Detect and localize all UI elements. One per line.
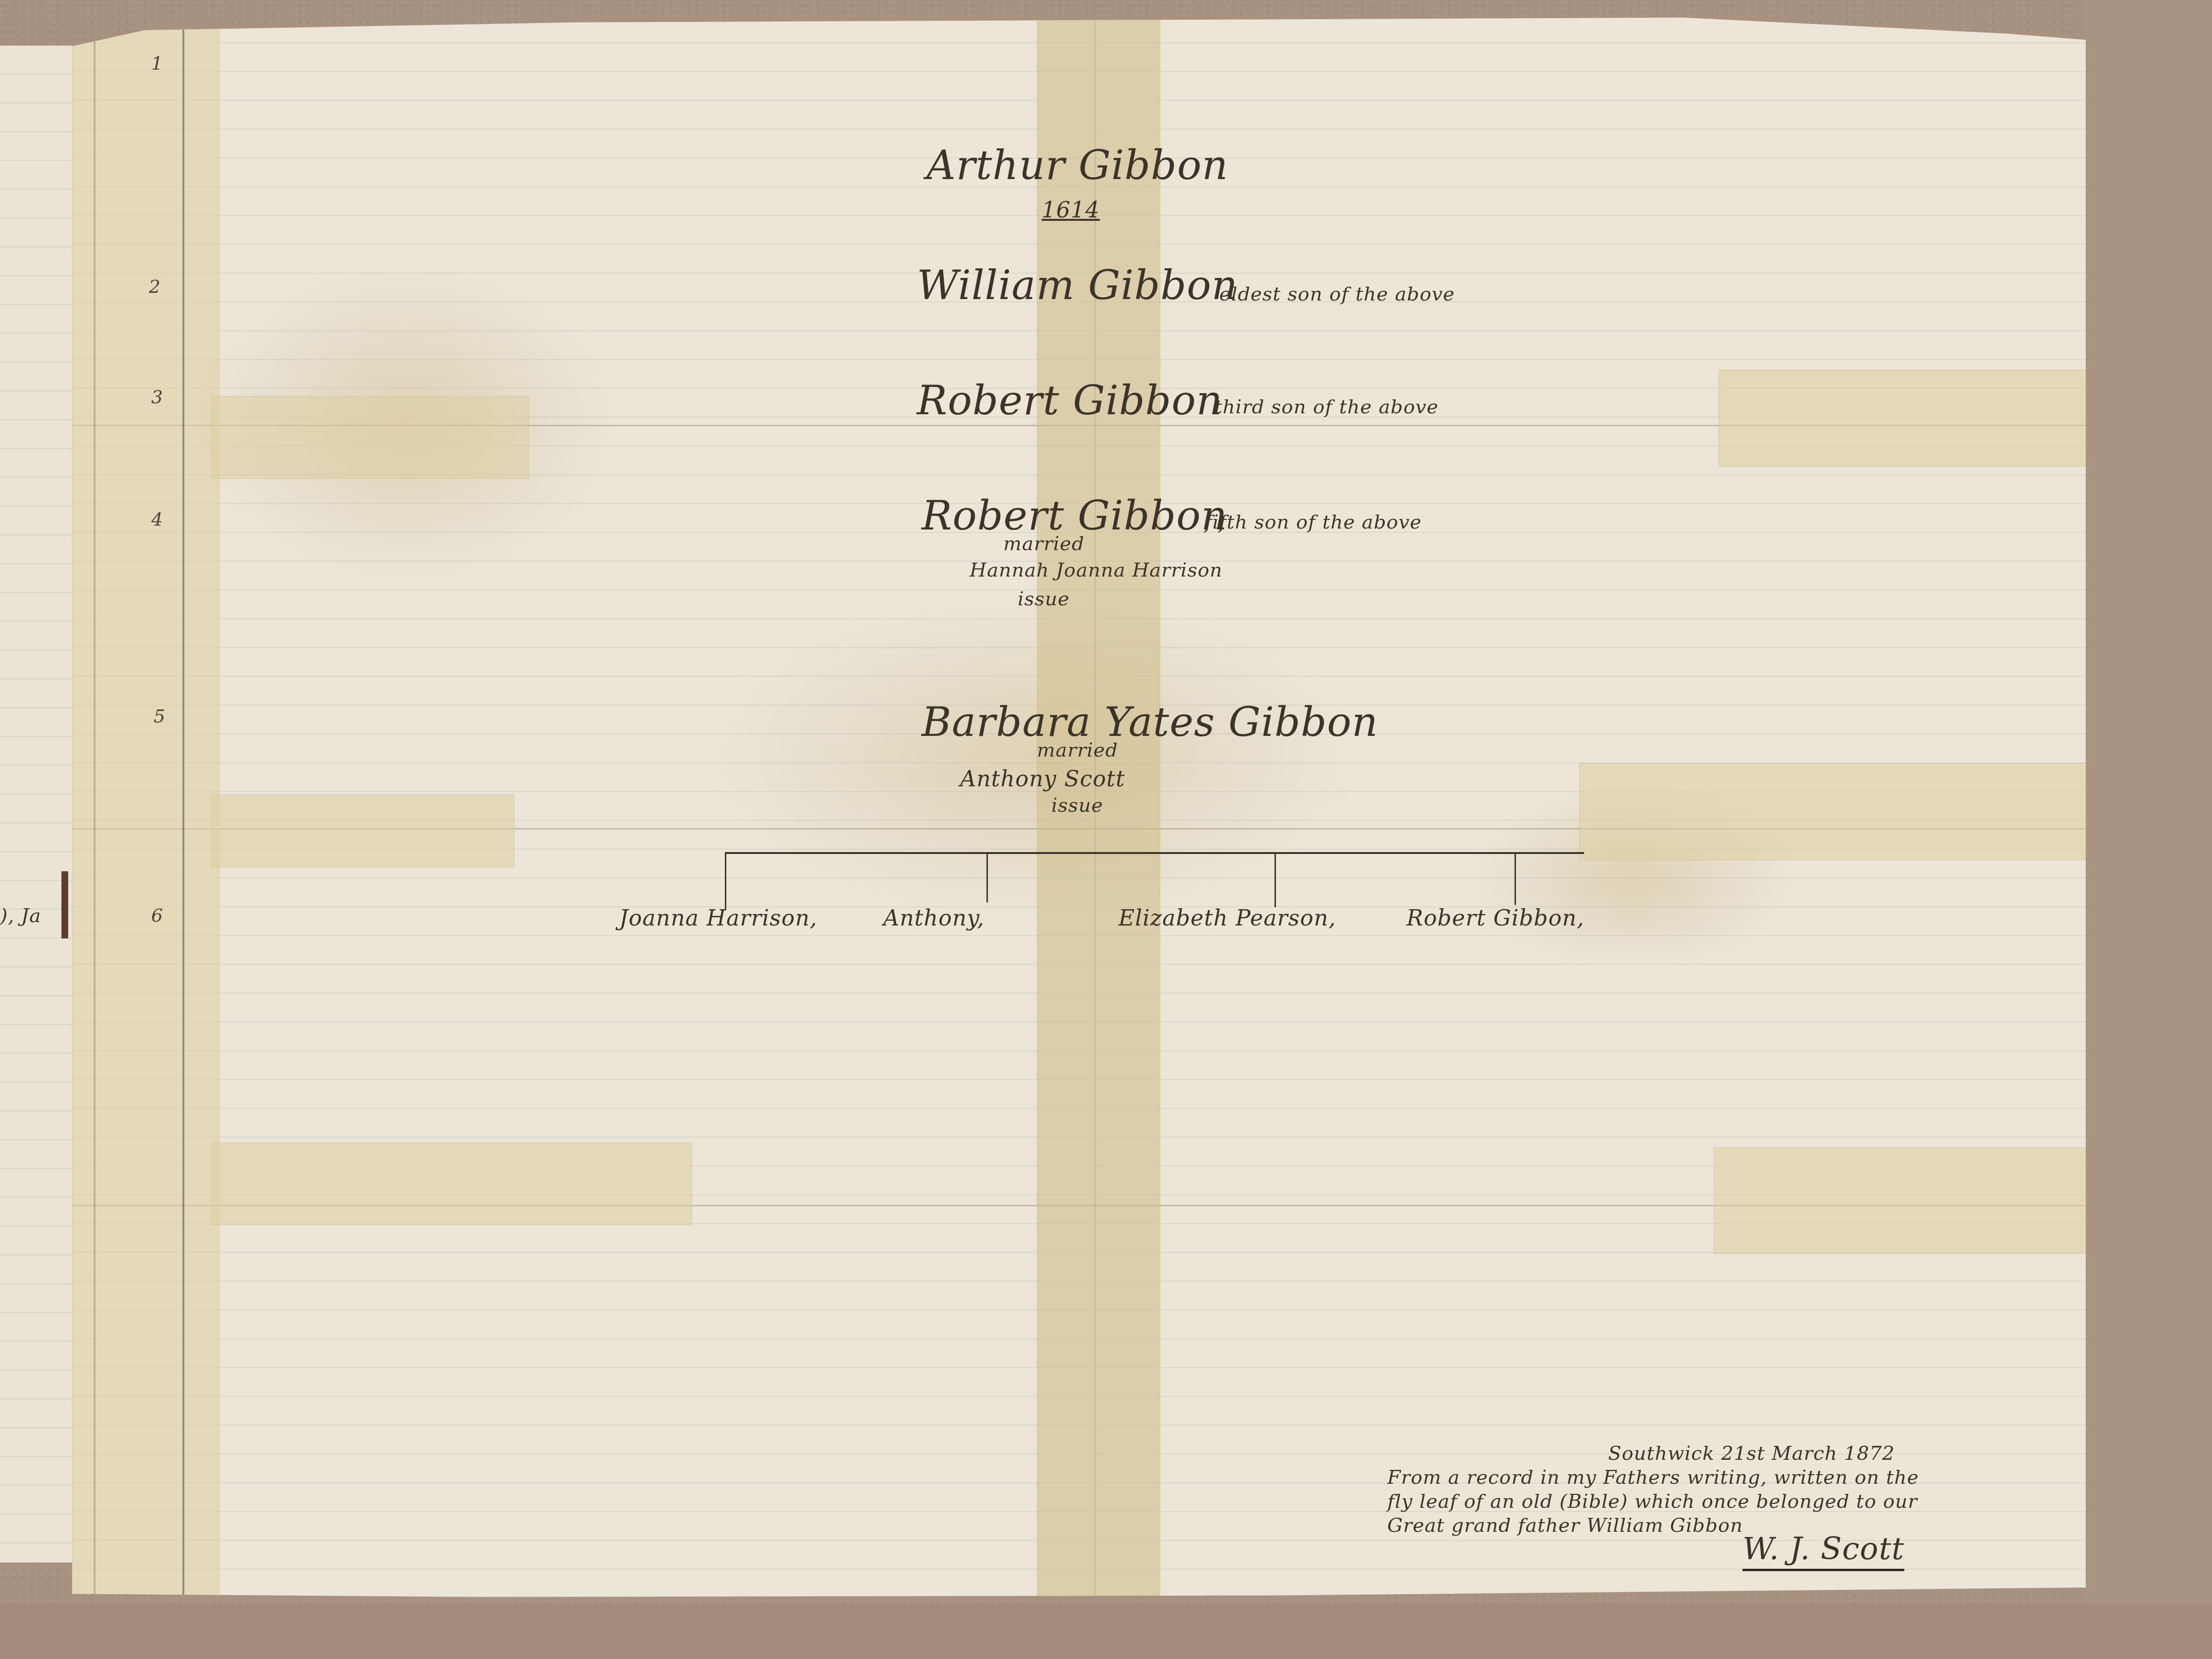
tree-connector-drop — [986, 852, 988, 902]
spouse-name: Hannah Joanna Harrison — [970, 559, 1223, 581]
ancestor-name: Arthur Gibbon — [926, 142, 1228, 189]
row-number: 1 — [151, 53, 163, 74]
carpet-background-bottom — [0, 1603, 2212, 1659]
child-name: Elizabeth Pearson, — [1118, 905, 1336, 931]
generation-name: Robert Gibbon — [917, 377, 1223, 424]
row-number: 6 — [151, 905, 163, 926]
row-number: 4 — [151, 509, 163, 530]
footnote-line: fly leaf of an old (Bible) which once be… — [1387, 1491, 1918, 1513]
ancestor-date: 1614 — [1042, 197, 1100, 223]
tree-connector-horizontal — [725, 852, 1584, 854]
footnote-line: From a record in my Fathers writing, wri… — [1387, 1467, 1919, 1489]
issue-label: issue — [1018, 588, 1070, 610]
row-number: 5 — [154, 706, 165, 727]
row-number: 3 — [151, 386, 163, 408]
row-number: 2 — [149, 276, 160, 297]
tape-strip — [1719, 370, 2142, 467]
generation-relation: third son of the above — [1214, 396, 1439, 418]
generation-name: Robert Gibbon — [922, 492, 1227, 539]
tape-strip — [211, 1142, 692, 1225]
child-name: Joanna Harrison, — [619, 905, 817, 931]
generation-relation: fifth son of the above — [1205, 511, 1422, 533]
left-fragment-mark — [61, 871, 68, 938]
tape-strip — [211, 794, 515, 867]
tape-strip — [1579, 763, 2156, 860]
stain — [696, 590, 1368, 926]
document-sheet: 1 2 3 4 5 6 Arthur Gibbon 1614 William G… — [72, 14, 2086, 1603]
generation-relation: eldest son of the above — [1219, 283, 1455, 305]
spouse-name: Anthony Scott — [960, 766, 1125, 792]
carpet-background-right — [2086, 0, 2212, 1659]
footnote-line: Great grand father William Gibbon — [1387, 1515, 1743, 1537]
margin-line-outer — [94, 19, 96, 1599]
signature: W. J. Scott — [1743, 1531, 1904, 1571]
generation-name: William Gibbon — [917, 262, 1238, 309]
tape-strip — [1714, 1147, 2137, 1254]
footnote-place-date: Southwick 21st March 1872 — [1608, 1443, 1895, 1465]
tape-strip — [211, 396, 529, 479]
generation-name: Barbara Yates Gibbon — [922, 698, 1378, 745]
married-label: married — [1003, 533, 1084, 555]
issue-label: issue — [1051, 794, 1103, 817]
child-name: Anthony, — [883, 905, 985, 931]
child-name: Robert Gibbon, — [1407, 905, 1584, 931]
margin-line — [182, 19, 184, 1599]
left-fragment-text: ), Ja — [0, 905, 41, 927]
left-sheet-fragment: ), Ja — [0, 46, 72, 1563]
tree-connector-drop — [1274, 852, 1276, 907]
tree-connector-drop — [1515, 852, 1516, 905]
tree-connector-drop — [725, 852, 726, 910]
married-label: married — [1037, 739, 1118, 761]
